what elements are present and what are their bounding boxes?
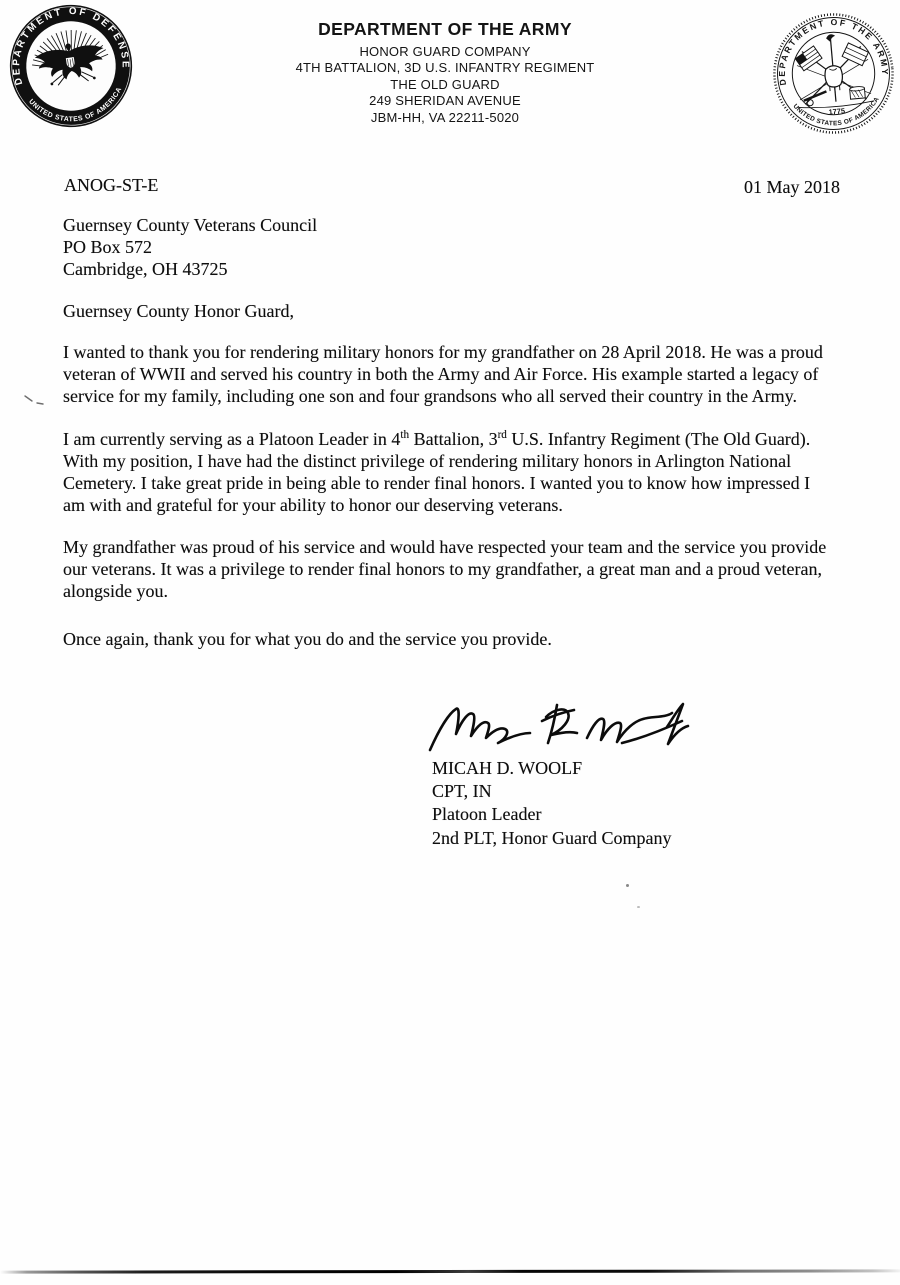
body-line: veteran of WWII and served his country i…	[63, 363, 823, 385]
body-line: My grandfather was proud of his service …	[63, 536, 826, 558]
letterhead-line: JBM-HH, VA 22211-5020	[180, 110, 710, 126]
letterhead-line: THE OLD GUARD	[180, 77, 710, 93]
recipient-line: Cambridge, OH 43725	[63, 258, 317, 280]
paragraph-4: Once again, thank you for what you do an…	[63, 628, 552, 650]
recipient-line: PO Box 572	[63, 236, 317, 258]
body-line: With my position, I have had the distinc…	[63, 450, 810, 472]
body-line: alongside you.	[63, 580, 826, 602]
body-line: am with and grateful for your ability to…	[63, 494, 810, 516]
letterhead-line: 4TH BATTALION, 3D U.S. INFANTRY REGIMENT	[180, 60, 710, 76]
scan-speck	[626, 884, 629, 887]
letter-date: 01 May 2018	[660, 176, 840, 198]
handwritten-signature	[424, 696, 702, 762]
letterhead: DEPARTMENT OF THE ARMY HONOR GUARD COMPA…	[180, 19, 710, 126]
scan-speck	[637, 906, 640, 908]
body-line: our veterans. It was a privilege to rend…	[63, 558, 826, 580]
scanned-letter-page: DEPARTMENT OF DEFENSE ★ UNITED STATES OF…	[0, 0, 900, 1285]
scan-edge-line	[0, 1269, 900, 1273]
department-of-defense-seal: DEPARTMENT OF DEFENSE ★ UNITED STATES OF…	[0, 0, 142, 137]
army-seal-year: 1775	[828, 106, 845, 116]
department-of-the-army-seal: DEPARTMENT OF THE ARMY ★ UNITED STATES O…	[767, 7, 900, 140]
body-line: I wanted to thank you for rendering mili…	[63, 341, 823, 363]
body-line: I am currently serving as a Platoon Lead…	[63, 428, 810, 450]
office-symbol: ANOG-ST-E	[64, 174, 158, 196]
letterhead-line: 249 SHERIDAN AVENUE	[180, 93, 710, 109]
body-line: service for my family, including one son…	[63, 385, 823, 407]
signer-title: Platoon Leader	[432, 803, 671, 826]
paragraph-1: I wanted to thank you for rendering mili…	[63, 341, 823, 407]
pen-mark-artifact	[22, 392, 48, 408]
ordinal-suffix: th	[400, 429, 409, 441]
signature-block: MICAH D. WOOLF CPT, IN Platoon Leader 2n…	[432, 757, 671, 850]
salutation: Guernsey County Honor Guard,	[63, 300, 294, 322]
paragraph-3: My grandfather was proud of his service …	[63, 536, 826, 602]
paragraph-2: I am currently serving as a Platoon Lead…	[63, 428, 810, 516]
signer-name: MICAH D. WOOLF	[432, 757, 671, 780]
letterhead-line: HONOR GUARD COMPANY	[180, 44, 710, 60]
army-seal-trophy	[792, 31, 874, 110]
ordinal-suffix: rd	[498, 429, 507, 441]
signer-unit: 2nd PLT, Honor Guard Company	[432, 827, 671, 850]
signer-rank: CPT, IN	[432, 780, 671, 803]
recipient-address: Guernsey County Veterans Council PO Box …	[63, 214, 317, 280]
body-line: Cemetery. I take great pride in being ab…	[63, 472, 810, 494]
recipient-line: Guernsey County Veterans Council	[63, 214, 317, 236]
letterhead-title: DEPARTMENT OF THE ARMY	[180, 19, 710, 40]
